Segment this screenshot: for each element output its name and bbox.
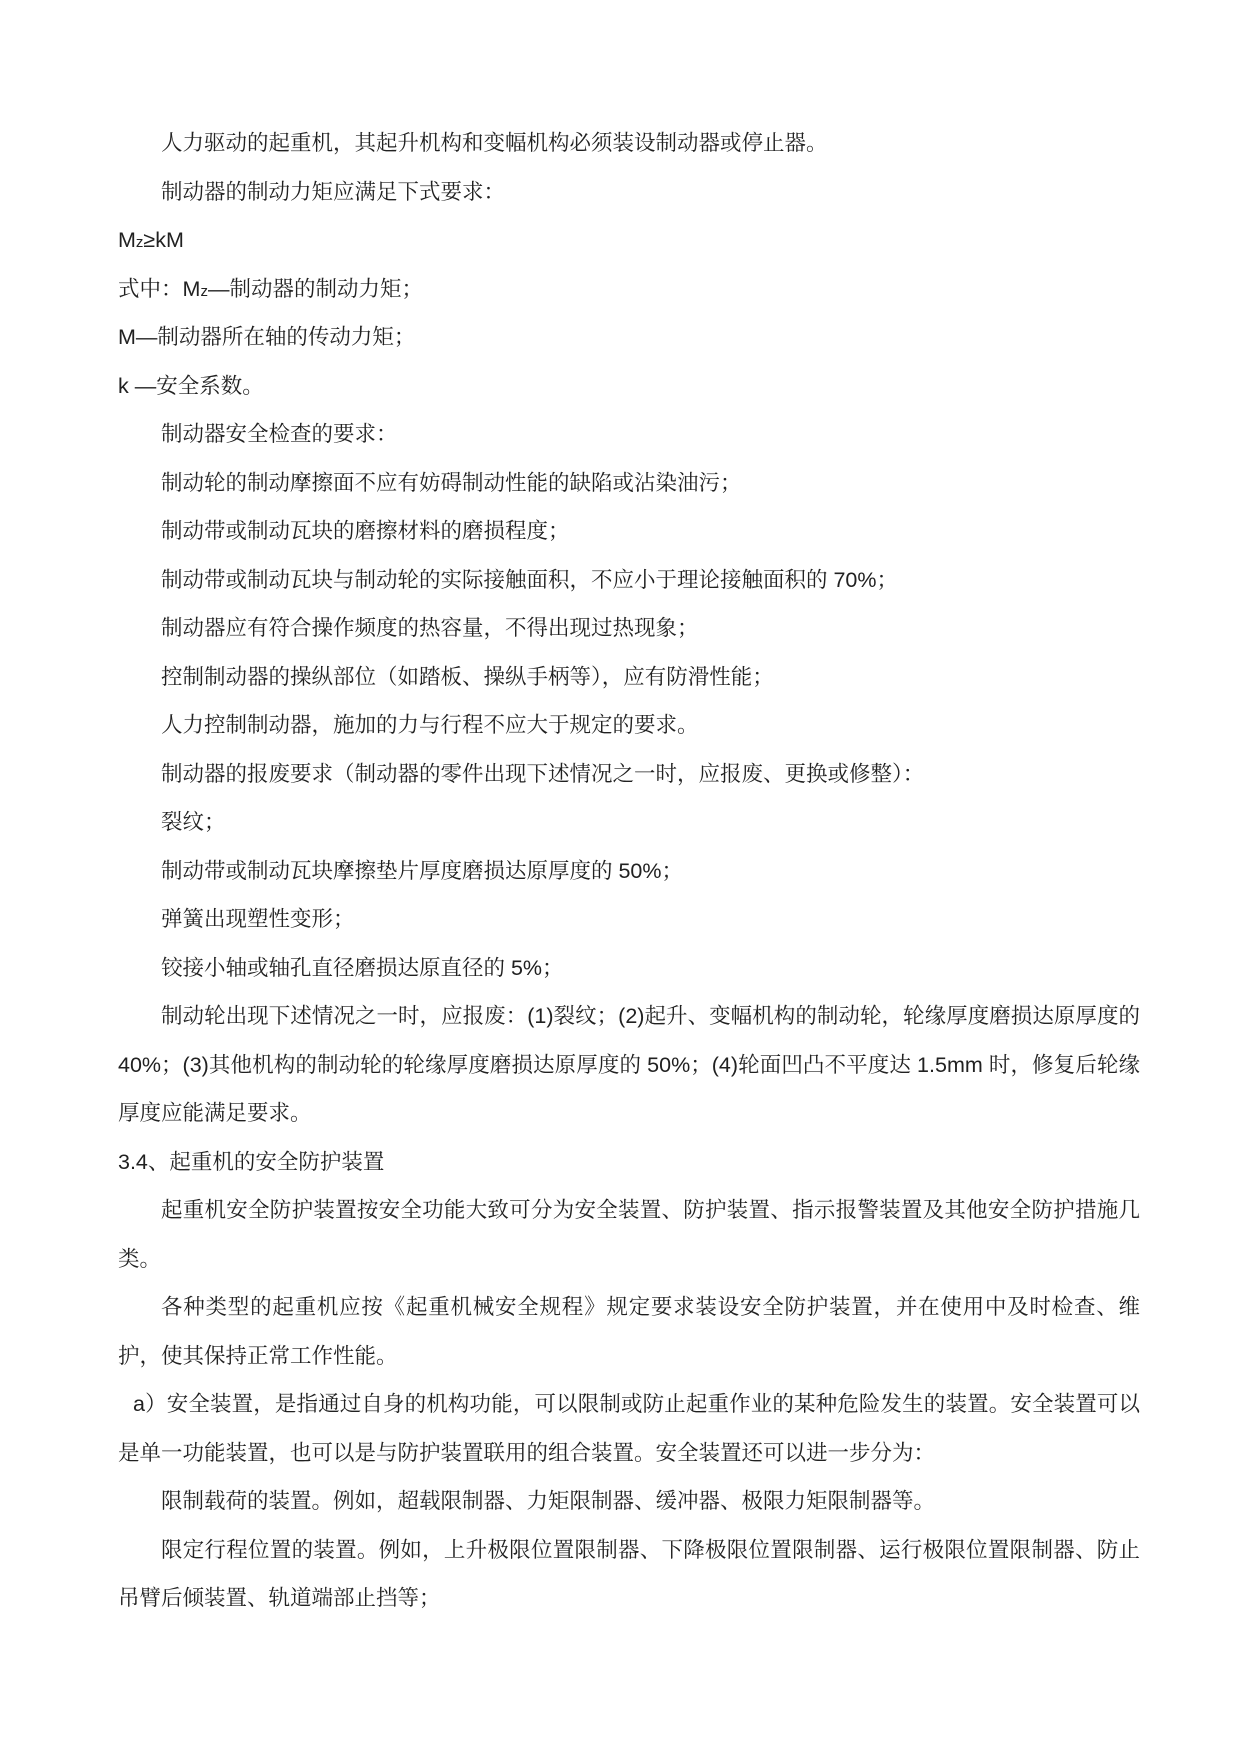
paragraph-manual-crane-brake: 人力驱动的起重机，其起升机构和变幅机构必须装设制动器或停止器。 [118,119,1140,168]
where-symbol-base: M [183,277,201,301]
scrap-item-crack: 裂纹； [118,798,1140,847]
where-description: —制动器的制动力矩； [208,277,423,301]
definition-k-description: —安全系数。 [129,374,264,398]
paragraph-scrap-title: 制动器的报废要求（制动器的零件出现下述情况之一时，应报废、更换或修整）： [118,750,1140,799]
paragraph-check-title: 制动器安全检查的要求： [118,410,1140,459]
paragraph-load-limit-devices: 限制载荷的装置。例如，超载限制器、力矩限制器、缓冲器、极限力矩限制器等。 [118,1477,1140,1526]
definition-k-symbol: k [118,374,129,398]
paragraph-item-a-safety-device: a）安全装置，是指通过自身的机构功能，可以限制或防止起重作业的某种危险发生的装置… [118,1380,1140,1477]
paragraph-safety-code: 各种类型的起重机应按《起重机械安全规程》规定要求装设安全防护装置，并在使用中及时… [118,1283,1140,1380]
paragraph-brake-wheel-scrap: 制动轮出现下述情况之一时，应报废：(1)裂纹；(2)起升、变幅机构的制动轮，轮缘… [118,992,1140,1138]
check-item-contact-area: 制动带或制动瓦块与制动轮的实际接触面积，不应小于理论接触面积的 70%； [118,556,1140,605]
paragraph-section-intro: 起重机安全防护装置按安全功能大致可分为安全装置、防护装置、指示报警装置及其他安全… [118,1186,1140,1283]
where-symbol-subscript: z [200,283,208,300]
definition-m-line: M—制动器所在轴的传动力矩； [118,313,1140,362]
check-item-heat-capacity: 制动器应有符合操作频度的热容量，不得出现过热现象； [118,604,1140,653]
document-page: 人力驱动的起重机，其起升机构和变幅机构必须装设制动器或停止器。 制动器的制动力矩… [0,0,1241,1754]
check-item-manual-force: 人力控制制动器，施加的力与行程不应大于规定的要求。 [118,701,1140,750]
check-item-wear-degree: 制动带或制动瓦块的磨擦材料的磨损程度； [118,507,1140,556]
definition-m-symbol: M [118,325,136,349]
paragraph-travel-limit-devices: 限定行程位置的装置。例如，上升极限位置限制器、下降极限位置限制器、运行极限位置限… [118,1526,1140,1623]
definition-m-description: —制动器所在轴的传动力矩； [136,325,416,349]
where-prefix: 式中： [118,277,183,301]
formula-where-line: 式中：Mz—制动器的制动力矩； [118,265,1140,314]
formula-rest: ≥kM [143,228,183,252]
formula-base: M [118,228,136,252]
scrap-item-pad-wear: 制动带或制动瓦块摩擦垫片厚度磨损达原厚度的 50%； [118,847,1140,896]
section-heading-3-4: 3.4、起重机的安全防护装置 [118,1138,1140,1187]
check-item-friction-surface: 制动轮的制动摩擦面不应有妨碍制动性能的缺陷或沾染油污； [118,459,1140,508]
check-item-anti-slip: 控制制动器的操纵部位（如踏板、操纵手柄等），应有防滑性能； [118,653,1140,702]
definition-k-line: k —安全系数。 [118,362,1140,411]
scrap-item-spring-deform: 弹簧出现塑性变形； [118,895,1140,944]
paragraph-brake-moment-intro: 制动器的制动力矩应满足下式要求： [118,168,1140,217]
scrap-item-shaft-wear: 铰接小轴或轴孔直径磨损达原直径的 5%； [118,944,1140,993]
formula-mz-km: Mz≥kM [118,216,1140,265]
